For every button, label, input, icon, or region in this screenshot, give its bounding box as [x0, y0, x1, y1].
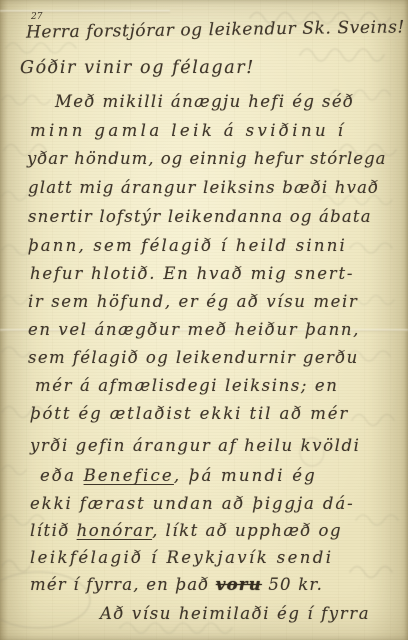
letter-line: yrði gefin árangur af heilu kvöldi [30, 436, 361, 455]
letter-line: eða Benefice, þá mundi ég [40, 466, 317, 485]
letter-line: hefur hlotið. En hvað mig snert- [30, 264, 354, 283]
letter-line: mér á afmælisdegi leiksins; en [35, 376, 339, 395]
letter-line: ekki færast undan að þiggja dá- [30, 494, 355, 513]
letter-line: glatt mig árangur leiksins bæði hvað [28, 178, 379, 197]
letter-line: yðar höndum, og einnig hefur stórlega [27, 149, 386, 168]
letter-line-text: , líkt að upphæð og [152, 521, 342, 540]
letter-line: en vel ánægður með heiður þann, [28, 320, 360, 339]
underlined-word-honorar: honórar [77, 521, 152, 540]
letter-line: lítið honórar, líkt að upphæð og [30, 521, 342, 540]
letter-line: þann, sem félagið í heild sinni [28, 236, 347, 255]
letter-line: ir sem höfund, er ég að vísu meir [28, 292, 358, 311]
letter-line: Að vísu heimilaði ég í fyrra [100, 604, 370, 623]
letter-line: leikfélagið í Reykjavík sendi [30, 548, 333, 567]
letter-line: minn gamla leik á sviðinu í [30, 121, 346, 140]
letter-line: mér í fyrra, en það voru 50 kr. [30, 575, 323, 594]
letter-line: Með mikilli ánægju hefi ég séð [55, 92, 354, 111]
letter-line-text: lítið [30, 521, 77, 540]
letter-line-salutation: Herra forstjórar og leikendur Sk. Sveins… [26, 17, 405, 42]
letter-line: þótt ég ætlaðist ekki til að mér [30, 404, 349, 423]
page-number-mark: 27 [31, 12, 42, 22]
letter-line-text: eða [40, 466, 84, 485]
overwritten-word-voru: voru [216, 575, 262, 594]
letter-page: 27 Herra forstjórar og leikendur Sk. Sve… [0, 0, 408, 640]
letter-line-text: 50 kr. [262, 575, 323, 594]
fold-crease [0, 10, 170, 13]
letter-line: sem félagið og leikendurnir gerðu [28, 348, 359, 367]
letter-line: snertir lofstýr leikendanna og ábata [28, 207, 372, 226]
letter-line-text: mér í fyrra, en það [30, 575, 216, 594]
underlined-word-benefice: Benefice [84, 466, 174, 485]
letter-line-text: , þá mundi ég [174, 466, 317, 485]
letter-line-salutation: Góðir vinir og félagar! [20, 58, 255, 78]
